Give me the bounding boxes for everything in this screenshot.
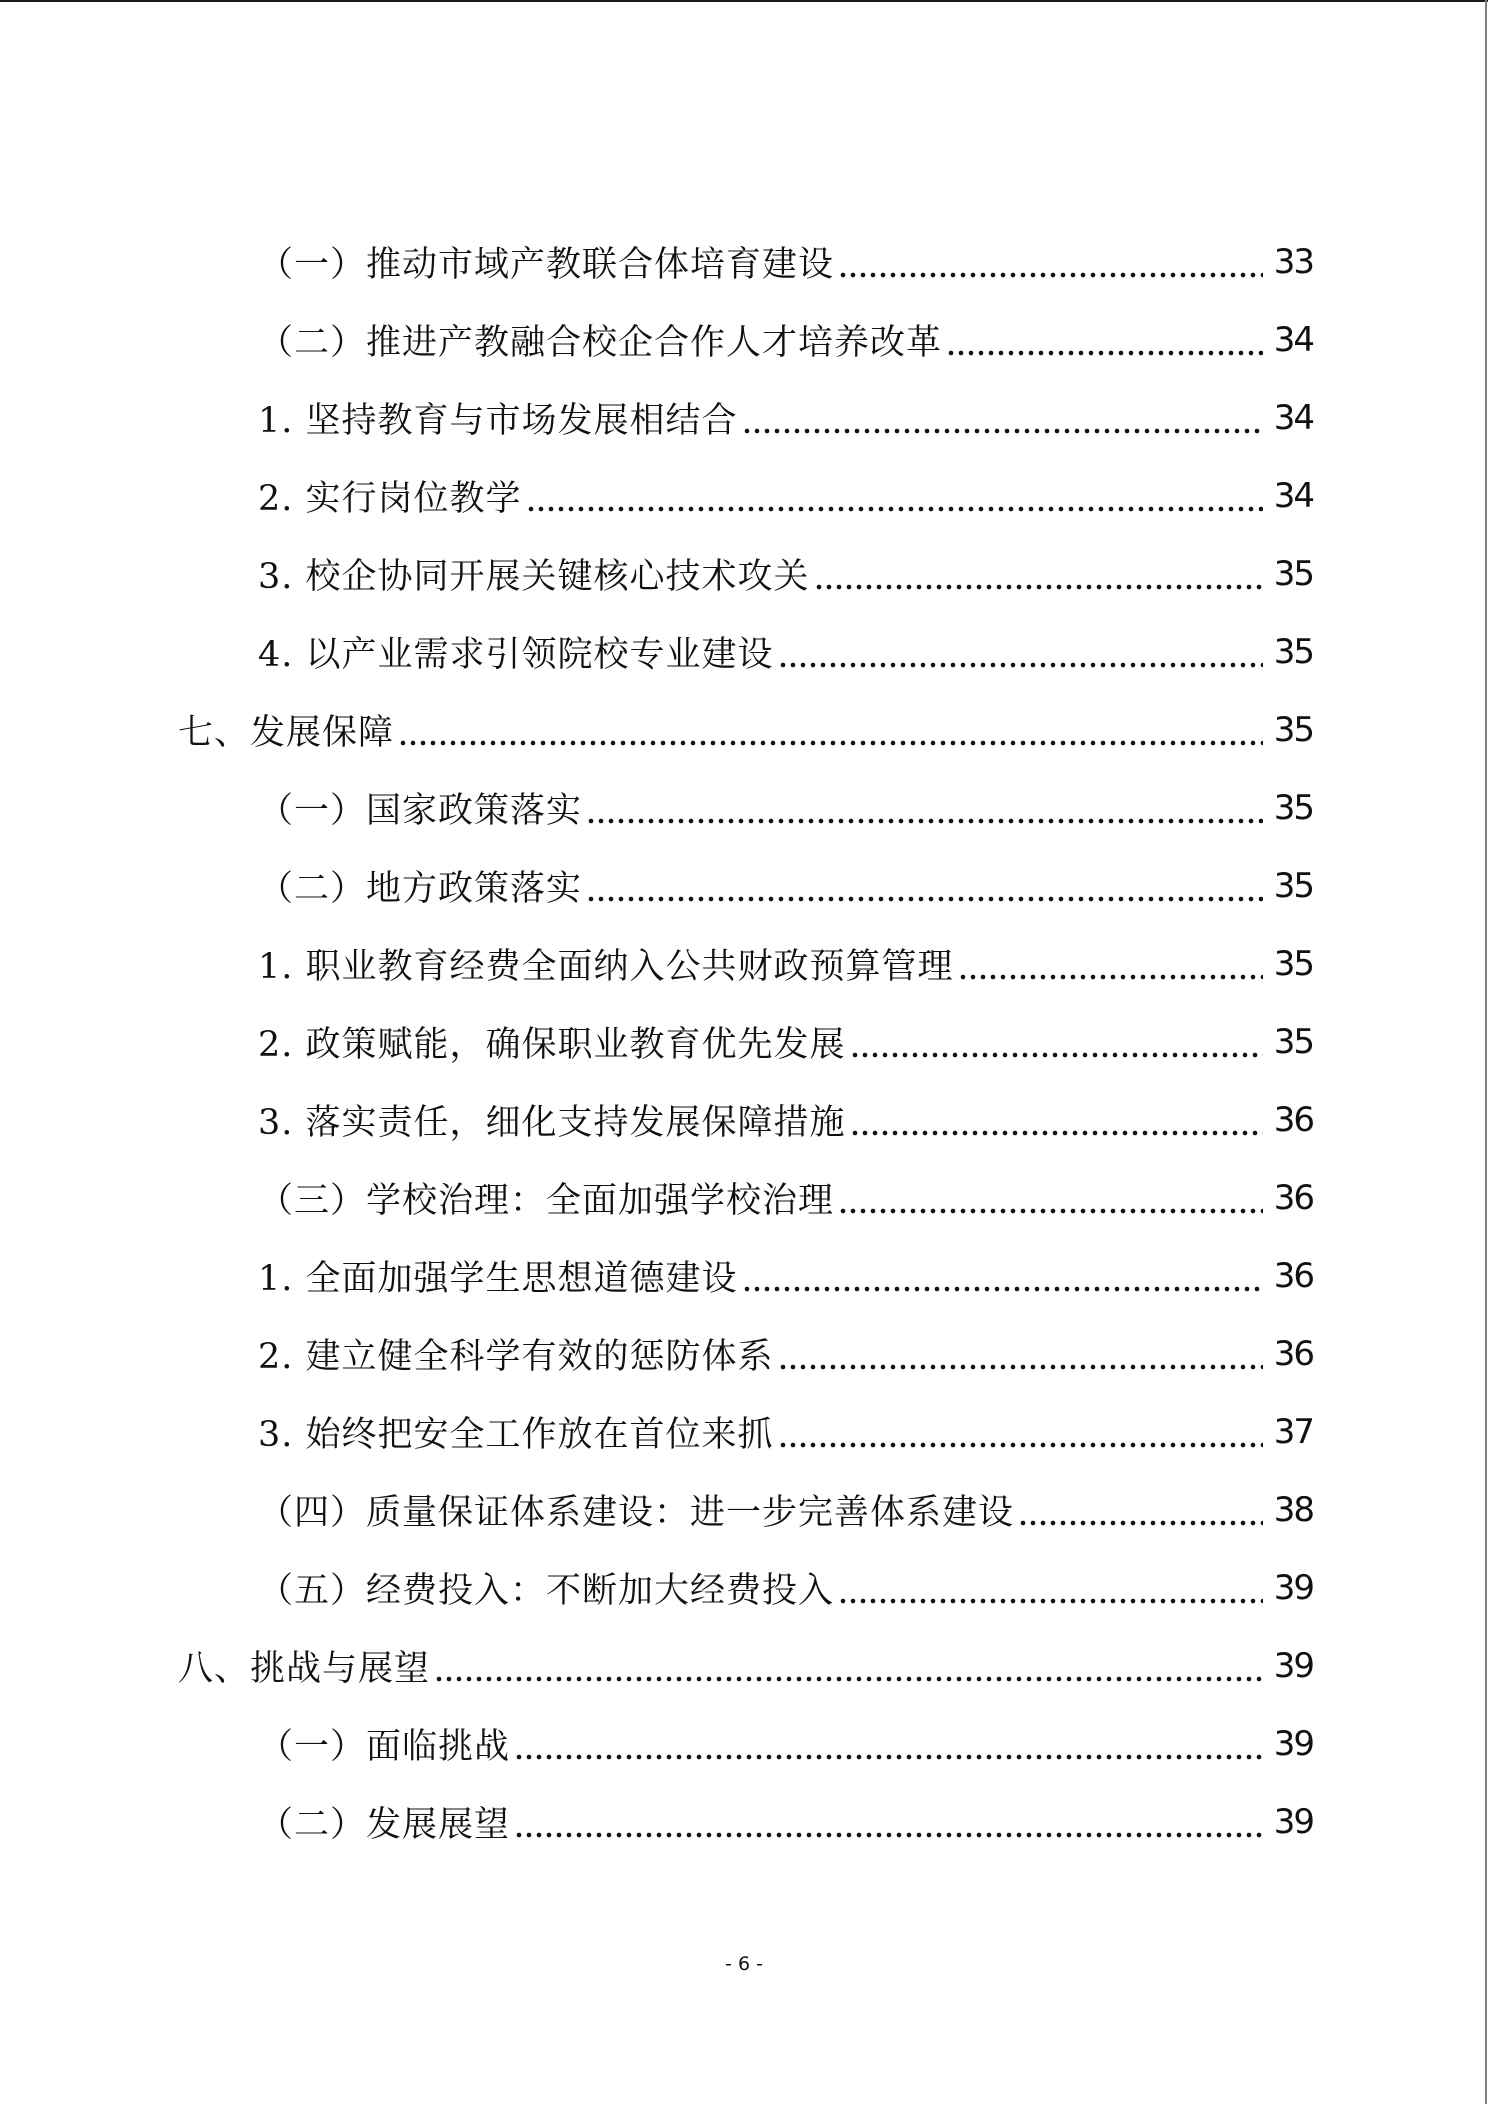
toc-entry-title: 3. 始终把安全工作放在首位来抓 (258, 1407, 774, 1457)
toc-entry[interactable]: 3. 始终把安全工作放在首位来抓 37 (0, 1393, 1488, 1471)
toc-entry[interactable]: 八、挑战与展望 39 (0, 1627, 1488, 1705)
toc-entry-page: 36 (1269, 1178, 1313, 1218)
dot-leader (850, 1130, 1263, 1136)
toc-entry-title: 1. 坚持教育与市场发展相结合 (258, 393, 738, 443)
dot-leader (434, 1676, 1263, 1682)
toc-entry-title: 2. 政策赋能，确保职业教育优先发展 (258, 1017, 846, 1067)
dot-leader (838, 1598, 1263, 1604)
dot-leader (946, 350, 1263, 356)
toc-entry-title: （二）发展展望 (258, 1797, 510, 1847)
toc-entry-page: 34 (1269, 320, 1313, 360)
toc-entry-page: 33 (1269, 242, 1313, 282)
toc-entry-title: 2. 建立健全科学有效的惩防体系 (258, 1329, 774, 1379)
dot-leader (850, 1052, 1263, 1058)
toc-entry-title: （一）面临挑战 (258, 1719, 510, 1769)
toc-entry-page: 35 (1269, 632, 1313, 672)
toc-entry-page: 35 (1269, 1022, 1313, 1062)
dot-leader (514, 1832, 1263, 1838)
toc-entry[interactable]: （三）学校治理：全面加强学校治理 36 (0, 1159, 1488, 1237)
dot-leader (958, 974, 1263, 980)
toc-entry-title: 八、挑战与展望 (178, 1641, 430, 1691)
dot-leader (838, 272, 1263, 278)
dot-leader (778, 662, 1263, 668)
dot-leader (514, 1754, 1263, 1760)
toc-entry-title: 1. 全面加强学生思想道德建设 (258, 1251, 738, 1301)
dot-leader (742, 1286, 1263, 1292)
toc-entry-title: 3. 落实责任，细化支持发展保障措施 (258, 1095, 846, 1145)
dot-leader (1018, 1520, 1263, 1526)
page-top-border (0, 0, 1488, 2)
table-of-contents: （一）推动市域产教联合体培育建设 33 （二）推进产教融合校企合作人才培养改革 … (0, 223, 1488, 1861)
toc-entry[interactable]: 七、发展保障 35 (0, 691, 1488, 769)
toc-entry-title: （四）质量保证体系建设：进一步完善体系建设 (258, 1485, 1014, 1535)
dot-leader (586, 896, 1263, 902)
toc-entry-title: 3. 校企协同开展关键核心技术攻关 (258, 549, 810, 599)
toc-entry-page: 34 (1269, 398, 1313, 438)
toc-entry-page: 35 (1269, 866, 1313, 906)
dot-leader (398, 740, 1263, 746)
toc-entry-page: 36 (1269, 1100, 1313, 1140)
toc-entry-page: 39 (1269, 1802, 1313, 1842)
toc-entry[interactable]: 2. 政策赋能，确保职业教育优先发展 35 (0, 1003, 1488, 1081)
toc-entry[interactable]: 3. 校企协同开展关键核心技术攻关 35 (0, 535, 1488, 613)
toc-entry-title: （五）经费投入：不断加大经费投入 (258, 1563, 834, 1613)
toc-entry-title: （一）推动市域产教联合体培育建设 (258, 237, 834, 287)
toc-entry-title: 2. 实行岗位教学 (258, 471, 522, 521)
toc-entry[interactable]: （二）发展展望 39 (0, 1783, 1488, 1861)
toc-entry-title: 1. 职业教育经费全面纳入公共财政预算管理 (258, 939, 954, 989)
toc-entry[interactable]: 1. 全面加强学生思想道德建设 36 (0, 1237, 1488, 1315)
toc-entry-page: 39 (1269, 1724, 1313, 1764)
toc-entry[interactable]: （一）国家政策落实 35 (0, 769, 1488, 847)
toc-entry-page: 37 (1269, 1412, 1313, 1452)
dot-leader (586, 818, 1263, 824)
toc-entry[interactable]: （五）经费投入：不断加大经费投入 39 (0, 1549, 1488, 1627)
toc-entry[interactable]: （一）面临挑战 39 (0, 1705, 1488, 1783)
dot-leader (778, 1364, 1263, 1370)
toc-entry-page: 39 (1269, 1646, 1313, 1686)
toc-entry-page: 39 (1269, 1568, 1313, 1608)
dot-leader (838, 1208, 1263, 1214)
dot-leader (742, 428, 1263, 434)
toc-entry-title: 4. 以产业需求引领院校专业建设 (258, 627, 774, 677)
toc-entry-title: （二）地方政策落实 (258, 861, 582, 911)
dot-leader (526, 506, 1263, 512)
toc-entry-page: 35 (1269, 944, 1313, 984)
toc-entry-title: （一）国家政策落实 (258, 783, 582, 833)
toc-entry[interactable]: （一）推动市域产教联合体培育建设 33 (0, 223, 1488, 301)
toc-entry-page: 36 (1269, 1256, 1313, 1296)
toc-entry-title: （二）推进产教融合校企合作人才培养改革 (258, 315, 942, 365)
toc-entry[interactable]: 1. 职业教育经费全面纳入公共财政预算管理 35 (0, 925, 1488, 1003)
toc-entry-page: 34 (1269, 476, 1313, 516)
toc-entry-title: 七、发展保障 (178, 705, 394, 755)
dot-leader (814, 584, 1263, 590)
toc-entry[interactable]: 1. 坚持教育与市场发展相结合 34 (0, 379, 1488, 457)
dot-leader (778, 1442, 1263, 1448)
page-number-footer: - 6 - (0, 1953, 1488, 1975)
toc-entry[interactable]: 4. 以产业需求引领院校专业建设 35 (0, 613, 1488, 691)
toc-entry-page: 36 (1269, 1334, 1313, 1374)
toc-entry[interactable]: （二）推进产教融合校企合作人才培养改革 34 (0, 301, 1488, 379)
toc-entry[interactable]: （二）地方政策落实 35 (0, 847, 1488, 925)
toc-entry[interactable]: 2. 建立健全科学有效的惩防体系 36 (0, 1315, 1488, 1393)
toc-entry-page: 35 (1269, 710, 1313, 750)
toc-entry-page: 35 (1269, 554, 1313, 594)
toc-entry-page: 38 (1269, 1490, 1313, 1530)
toc-entry[interactable]: 3. 落实责任，细化支持发展保障措施 36 (0, 1081, 1488, 1159)
toc-entry[interactable]: （四）质量保证体系建设：进一步完善体系建设 38 (0, 1471, 1488, 1549)
toc-entry[interactable]: 2. 实行岗位教学 34 (0, 457, 1488, 535)
toc-entry-title: （三）学校治理：全面加强学校治理 (258, 1173, 834, 1223)
toc-entry-page: 35 (1269, 788, 1313, 828)
